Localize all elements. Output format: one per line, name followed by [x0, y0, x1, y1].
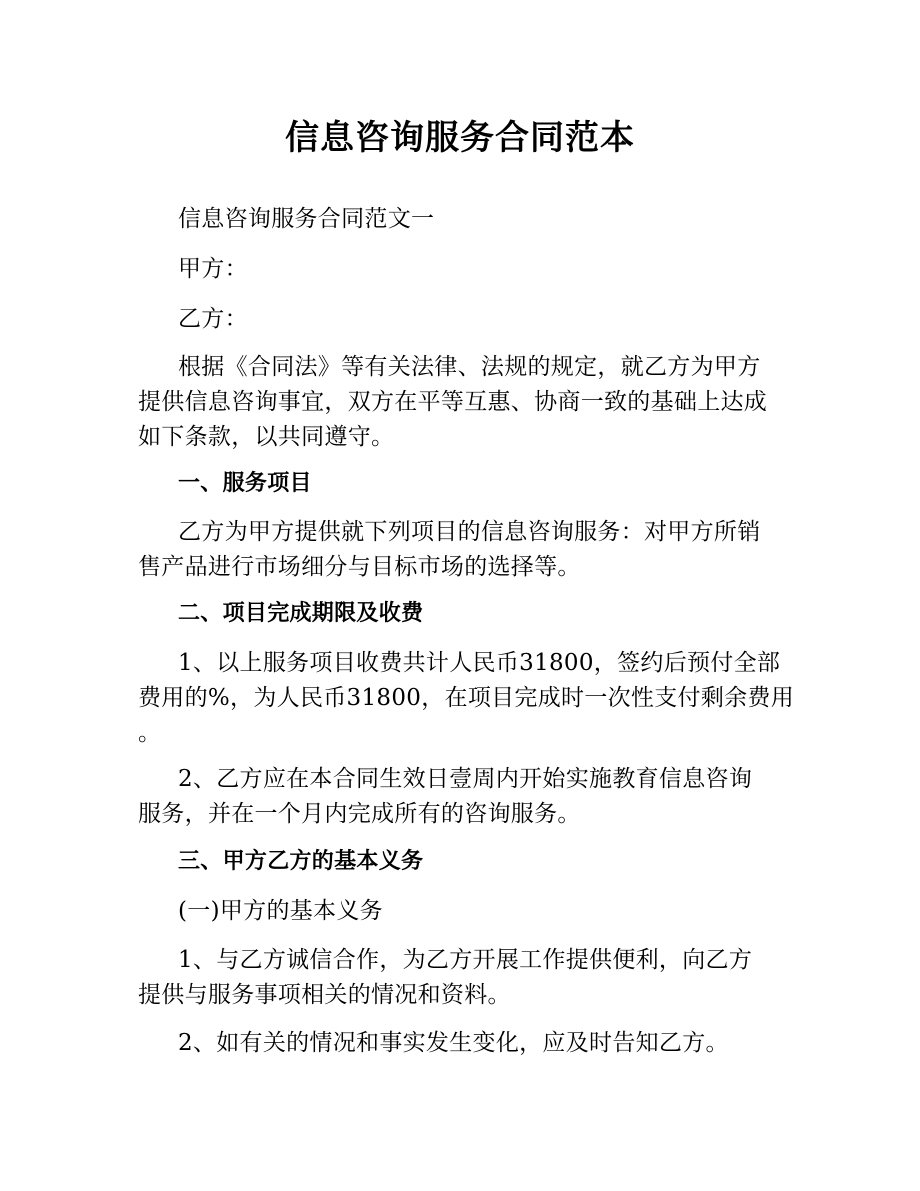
section-heading-1: 一、服务项目 — [178, 468, 312, 500]
paragraph-line: 根据《合同法》等有关法律、法规的规定，就乙方为甲方 — [178, 351, 761, 383]
paragraph-line: 提供信息咨询事宜，双方在平等互惠、协商一致的基础上达成 — [138, 386, 767, 418]
party-b-label: 乙方： — [178, 303, 248, 335]
paragraph-line: 售产品进行市场细分与目标市场的选择等。 — [138, 551, 581, 583]
document-title: 信息咨询服务合同范本 — [0, 112, 920, 164]
paragraph-line: 乙方为甲方提供就下列项目的信息咨询服务：对甲方所销 — [178, 516, 761, 548]
document-page: 信息咨询服务合同范本 信息咨询服务合同范文一 甲方： 乙方： 根据《合同法》等有… — [0, 0, 920, 1191]
paragraph-line: 如下条款，以共同遵守。 — [138, 421, 394, 453]
paragraph-line: 1、以上服务项目收费共计人民币31800，签约后预付全部 — [178, 647, 780, 679]
party-a-label: 甲方： — [178, 253, 248, 285]
section-3-subheading: (一)甲方的基本义务 — [178, 895, 383, 927]
paragraph-line: 提供与服务事项相关的情况和资料。 — [138, 979, 511, 1011]
paragraph-line: 2、如有关的情况和事实发生变化，应及时告知乙方。 — [178, 1027, 729, 1059]
section-heading-3: 三、甲方乙方的基本义务 — [178, 846, 423, 878]
paragraph-line: 服务，并在一个月内完成所有的咨询服务。 — [138, 798, 581, 830]
section-heading-2: 二、项目完成期限及收费 — [178, 598, 423, 630]
paragraph-line: 。 — [138, 717, 161, 749]
paragraph-line: 费用的%，为人民币31800，在项目完成时一次性支付剩余费用 — [138, 682, 794, 714]
document-subtitle: 信息咨询服务合同范文一 — [178, 203, 434, 235]
paragraph-line: 2、乙方应在本合同生效日壹周内开始实施教育信息咨询 — [178, 763, 752, 795]
paragraph-line: 1、与乙方诚信合作，为乙方开展工作提供便利，向乙方 — [178, 944, 752, 976]
